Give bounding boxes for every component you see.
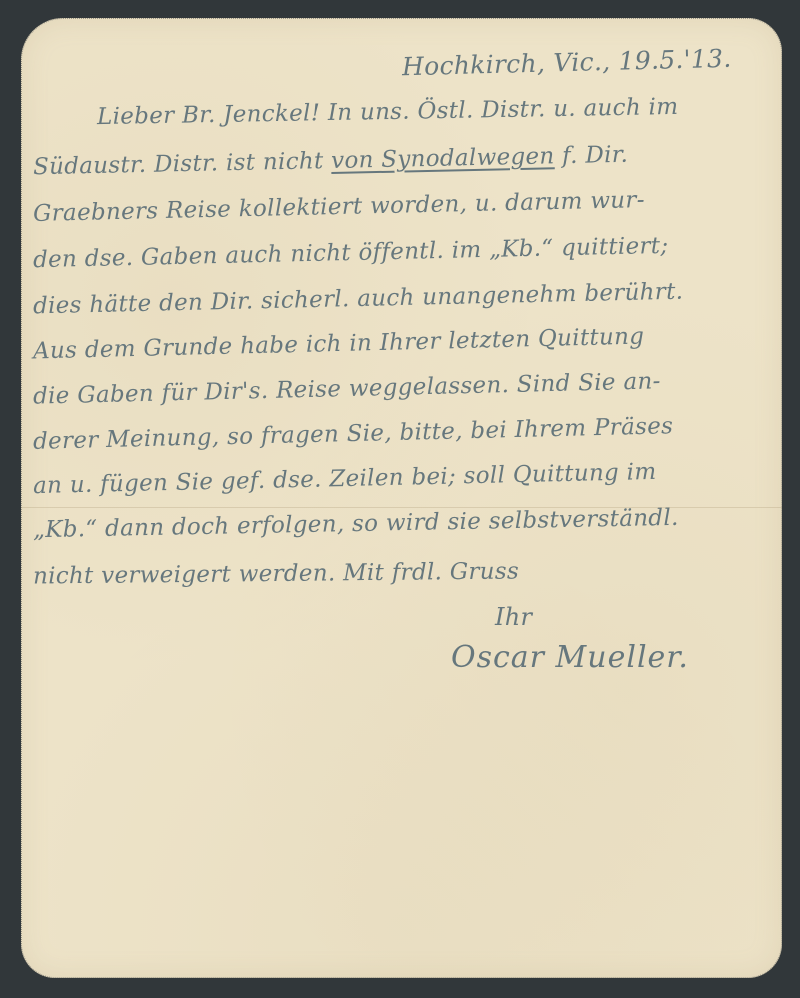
letter-line-2: Südaustr. Distr. ist nicht von Synodalwe… [33, 144, 629, 179]
letter-line-5: dies hätte den Dir. sicherl. auch unange… [33, 281, 684, 319]
letter-line-2-start: Südaustr. Distr. ist nicht [33, 148, 324, 180]
letter-line-2-end: f. Dir. [562, 142, 629, 169]
letter-card: Hochkirch, Vic., 19.5.'13. Lieber Br. Je… [21, 18, 782, 978]
letter-line-11: nicht verweigert werden. Mit frdl. Gruss [33, 560, 519, 588]
closing: Ihr [495, 605, 532, 629]
letter-line-4: den dse. Gaben auch nicht öffentl. im „K… [33, 235, 669, 272]
letter-line-9: an u. fügen Sie gef. dse. Zeilen bei; so… [33, 461, 657, 498]
letter-line-10: „Kb.“ dann doch erfolgen, so wird sie se… [33, 507, 679, 542]
letter-line-8: derer Meinung, so fragen Sie, bitte, bei… [33, 415, 674, 454]
place-date-heading: Hochkirch, Vic., 19.5.'13. [402, 46, 732, 80]
signature: Oscar Mueller. [451, 643, 689, 673]
letter-line-3: Graebners Reise kollektiert worden, u. d… [33, 189, 645, 226]
letter-line-6: Aus dem Grunde habe ich in Ihrer letzten… [33, 326, 645, 364]
letter-line-7: die Gaben für Dir's. Reise weggelassen. … [33, 370, 661, 408]
letter-line-1: Lieber Br. Jenckel! In uns. Östl. Distr.… [97, 96, 679, 129]
underlined-phrase: von Synodalwegen [331, 143, 555, 174]
